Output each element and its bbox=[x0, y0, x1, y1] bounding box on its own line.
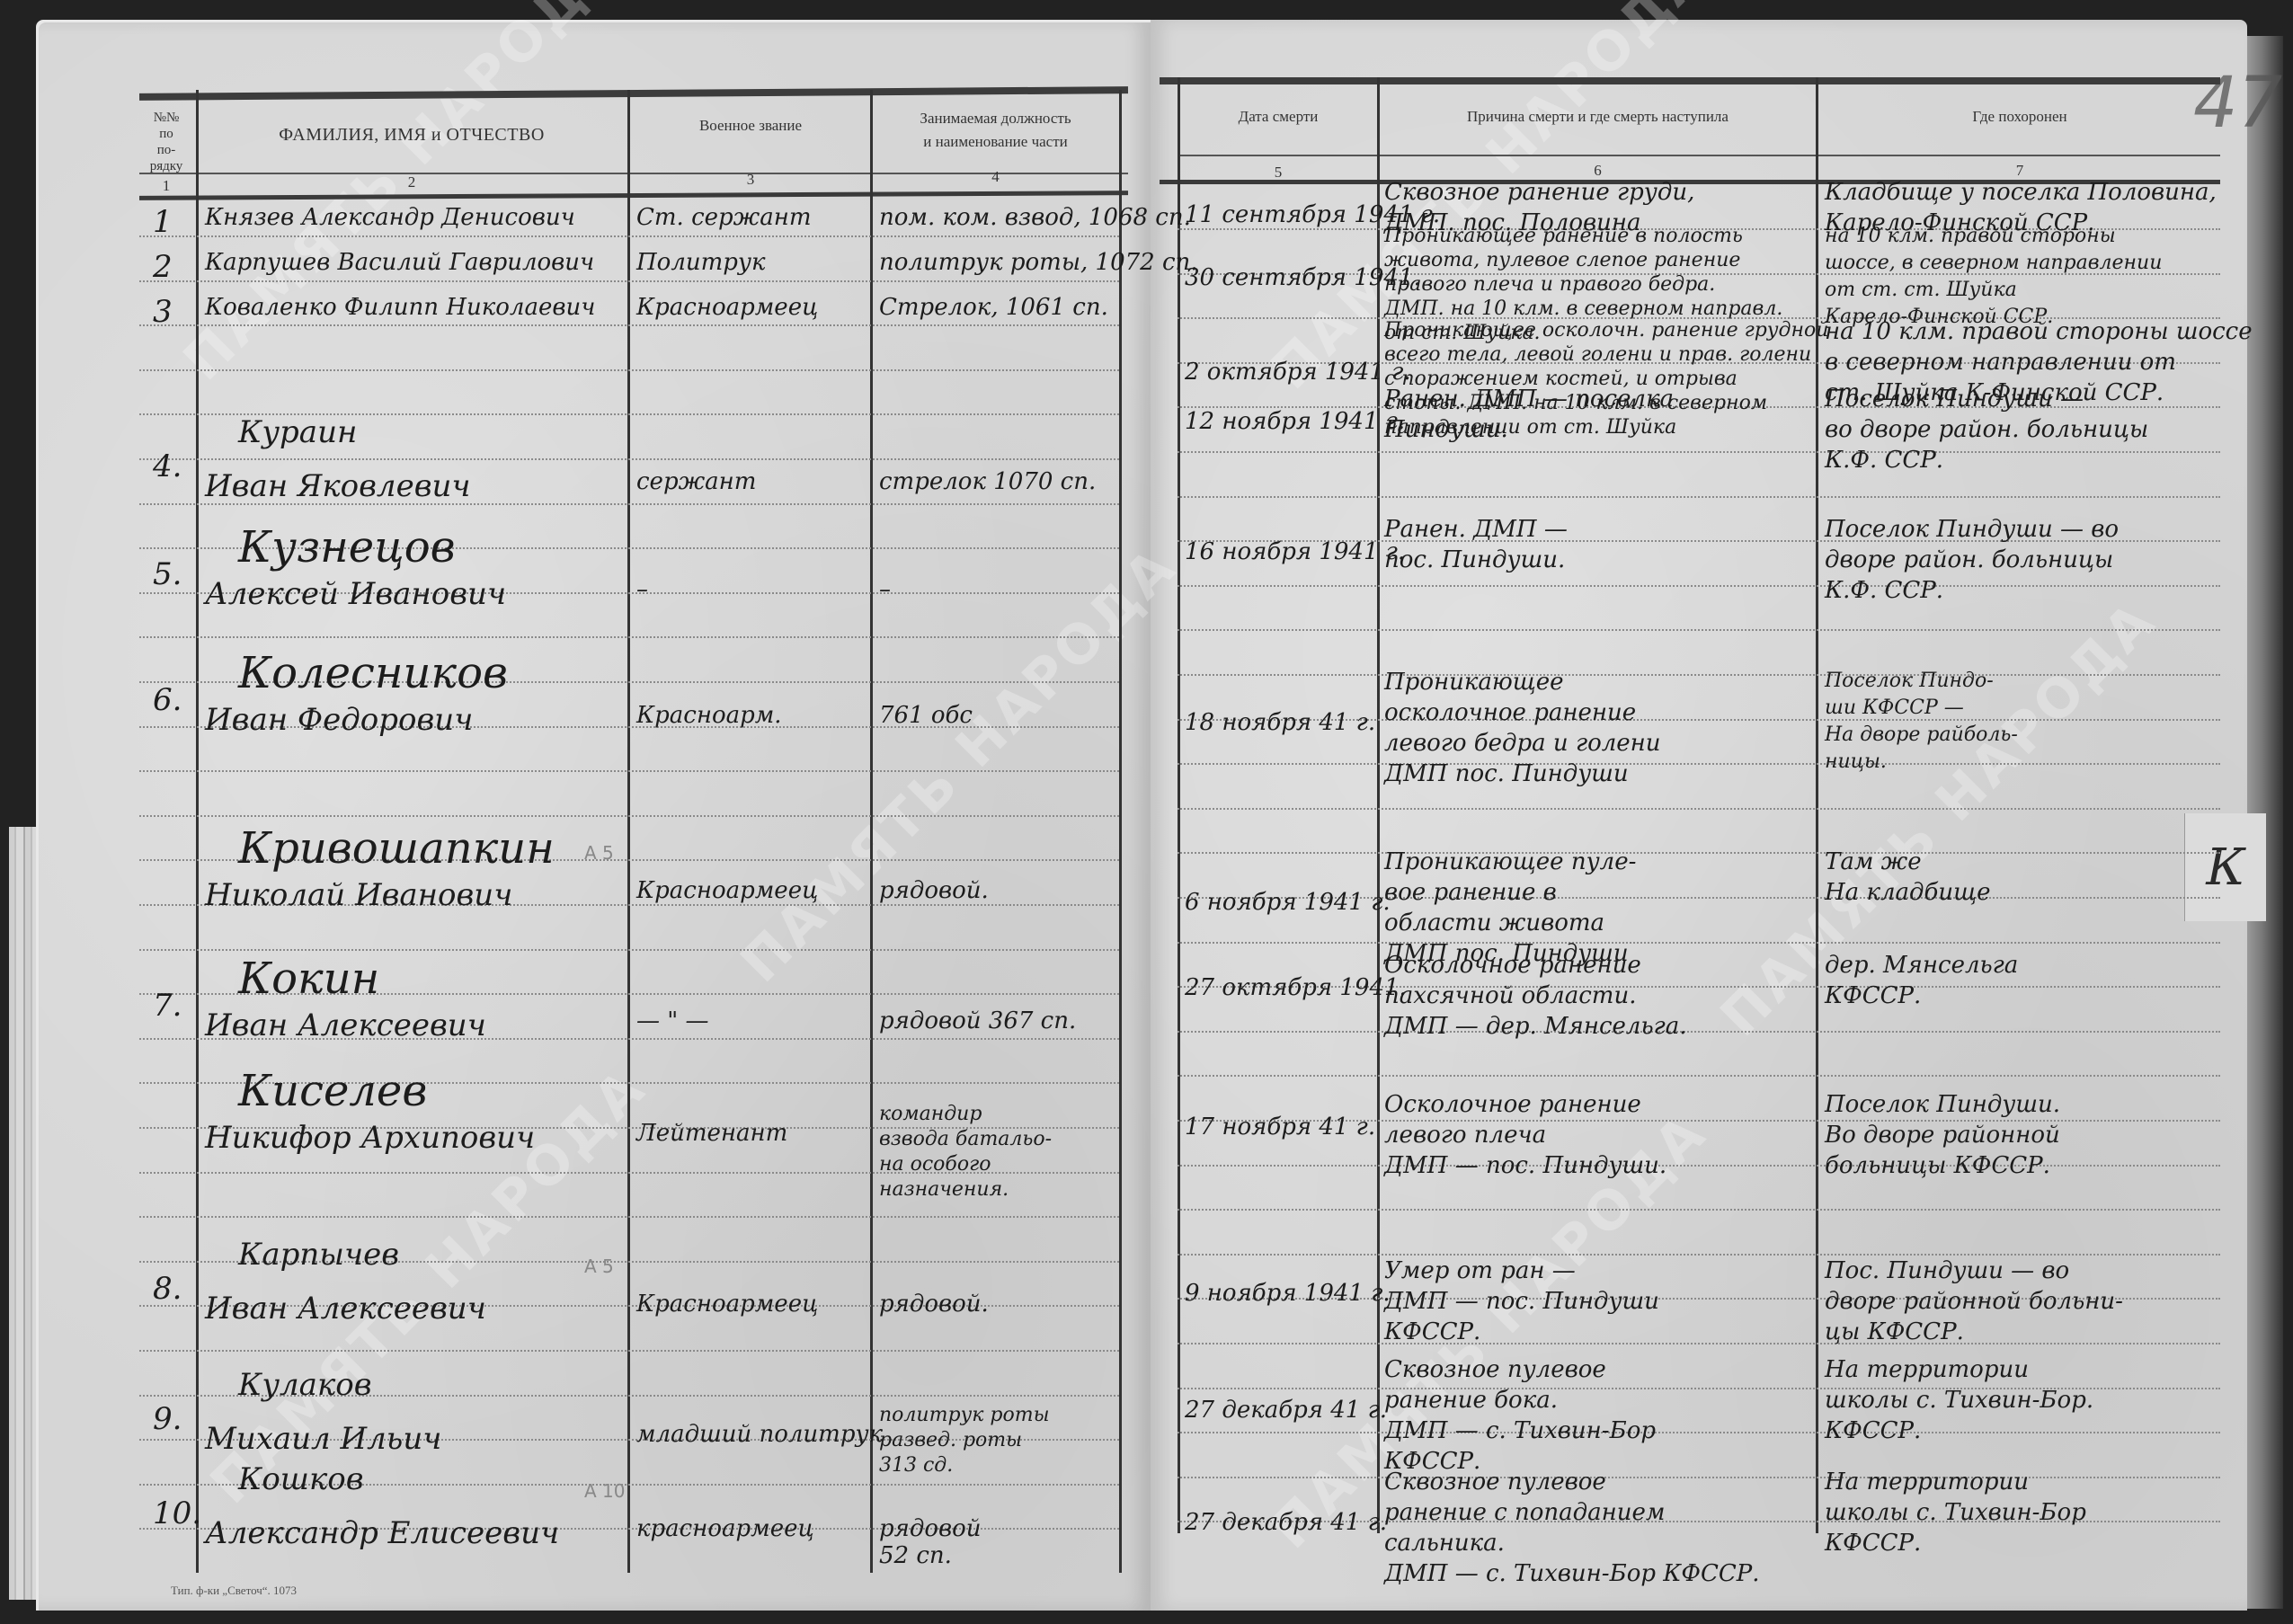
position-unit: 761 обс bbox=[879, 703, 973, 730]
ruled-line bbox=[139, 949, 1119, 951]
column-divider bbox=[1816, 77, 1818, 1533]
burial-place: Поселок Пиндуши — bbox=[1825, 386, 2084, 413]
burial-place: Там же bbox=[1825, 849, 1922, 876]
row-number: 1 bbox=[153, 205, 173, 240]
death-cause-place: Сквозное ранение груди, bbox=[1384, 180, 1694, 207]
ruled-line bbox=[1178, 1432, 2220, 1433]
soldier-name: Князев Александр Денисович bbox=[205, 205, 575, 232]
ruled-line bbox=[1178, 852, 2220, 854]
header-cause: Причина смерти и где смерть наступила bbox=[1380, 81, 1816, 153]
military-rank: сержант bbox=[636, 469, 756, 496]
death-cause-place: Сквозное пулевое bbox=[1384, 1469, 1606, 1496]
column-number: 4 bbox=[872, 168, 1119, 186]
death-cause-place: правого плеча и правого бедра. bbox=[1384, 273, 1715, 296]
ruled-line bbox=[139, 324, 1119, 326]
ruled-line bbox=[1178, 496, 2220, 498]
military-rank: младший политрук bbox=[636, 1422, 883, 1449]
burial-place: На дворе райболь- bbox=[1825, 723, 2018, 746]
ruled-line bbox=[1178, 585, 2220, 587]
ruled-line bbox=[139, 1350, 1119, 1352]
burial-place: Поселок Пиндуши — во bbox=[1825, 517, 2119, 544]
burial-place: ницы. bbox=[1825, 750, 1887, 773]
military-rank: Красноармеец bbox=[636, 295, 818, 322]
soldier-name: Колесников bbox=[238, 649, 508, 698]
soldier-name: Карпычев bbox=[238, 1238, 399, 1273]
burial-place: дер. Мянсельга bbox=[1825, 953, 2018, 980]
burial-place: в северном направлении от bbox=[1825, 350, 2176, 377]
burial-place: школы с. Тихвин-Бор bbox=[1825, 1500, 2086, 1527]
burial-place: КФССР. bbox=[1825, 1418, 1921, 1445]
position-unit: на особого bbox=[879, 1153, 991, 1176]
burial-place: К.Ф. ССР. bbox=[1825, 578, 1943, 605]
death-cause-place: Проникающее осколочн. ранение грудной bbox=[1384, 319, 1828, 342]
column-number: 7 bbox=[1818, 162, 2222, 180]
ruled-line bbox=[139, 770, 1119, 772]
soldier-name: Алексей Иванович bbox=[205, 577, 506, 612]
death-cause-place: ДМП — пос. Пиндуши. bbox=[1384, 1153, 1666, 1180]
soldier-name: Кураин bbox=[238, 415, 357, 450]
soldier-name: Коваленко Филипп Николаевич bbox=[205, 295, 595, 322]
column-number: 6 bbox=[1380, 162, 1816, 180]
burial-place: во дворе район. больницы bbox=[1825, 417, 2148, 444]
soldier-name: Иван Алексеевич bbox=[205, 1291, 486, 1327]
ruled-line bbox=[1178, 1209, 2220, 1211]
soldier-name: Карпушев Василий Гаврилович bbox=[205, 250, 594, 277]
military-rank: Ст. сержант bbox=[636, 205, 812, 232]
burial-place: школы с. Тихвин-Бор. bbox=[1825, 1388, 2093, 1415]
pencil-note: А 5 bbox=[584, 1256, 614, 1277]
header-number: №№ по по- рядку bbox=[139, 99, 193, 184]
header-burial: Где похоронен bbox=[1818, 81, 2222, 153]
position-unit: политрук роты, 1072 сп. bbox=[879, 250, 1198, 277]
burial-place: шоссе, в северном направлении bbox=[1825, 252, 2162, 274]
death-cause-place: ДМП пос. Пиндуши bbox=[1384, 761, 1629, 788]
military-rank: Красноарм. bbox=[636, 703, 782, 730]
death-cause-place: Осколочное ранение bbox=[1384, 953, 1641, 980]
burial-place: На кладбище bbox=[1825, 880, 1991, 907]
soldier-name: Кулаков bbox=[238, 1368, 372, 1403]
death-cause-place: Умер от ран — bbox=[1384, 1258, 1576, 1285]
ruled-line bbox=[1178, 1254, 2220, 1256]
column-number: 5 bbox=[1179, 164, 1377, 182]
column-number: 1 bbox=[139, 177, 193, 195]
ruled-line bbox=[139, 280, 1119, 282]
ruled-line bbox=[1178, 1165, 2220, 1167]
header-line: и наименование части bbox=[923, 130, 1068, 154]
row-number: 3 bbox=[153, 295, 173, 330]
death-cause-place: левого плеча bbox=[1384, 1123, 1546, 1149]
burial-place: цы КФССР. bbox=[1825, 1319, 1964, 1346]
death-cause-place: ДМП — с. Тихвин-Бор КФССР. bbox=[1384, 1561, 1760, 1588]
position-unit: командир bbox=[879, 1103, 982, 1125]
ruled-line bbox=[1178, 1031, 2220, 1033]
header-position: Занимаемая должность и наименование част… bbox=[872, 90, 1119, 171]
row-number: 2 bbox=[153, 250, 173, 285]
military-rank: Политрук bbox=[636, 250, 766, 277]
military-rank: – bbox=[636, 577, 648, 604]
ruled-line bbox=[1178, 808, 2220, 810]
ruled-line bbox=[139, 1216, 1119, 1218]
row-number: 9. bbox=[153, 1402, 182, 1437]
ruled-line bbox=[1178, 942, 2220, 944]
death-cause-place: области живота bbox=[1384, 910, 1604, 937]
death-cause-place: Ранен. ДМП — bbox=[1384, 517, 1568, 544]
burial-place: КФССР. bbox=[1825, 983, 1921, 1010]
burial-place: Поселок Пиндо- bbox=[1825, 670, 1994, 692]
soldier-name: Иван Алексеевич bbox=[205, 1008, 486, 1043]
death-cause-place: ранение бока. bbox=[1384, 1388, 1558, 1415]
death-cause-place: Проникающее bbox=[1384, 670, 1564, 697]
position-unit: рядовой 367 сп. bbox=[879, 1008, 1076, 1035]
death-date: 9 ноября 1941 г. bbox=[1185, 1281, 1391, 1308]
death-cause-place: осколочное ранение bbox=[1384, 700, 1636, 727]
soldier-name: Кузнецов bbox=[238, 523, 456, 572]
death-date: 12 ноября 1941 г. bbox=[1185, 409, 1405, 436]
ruled-line bbox=[1178, 1075, 2220, 1077]
death-cause-place: ранение с попаданием bbox=[1384, 1500, 1665, 1527]
header-line: по- bbox=[157, 142, 176, 158]
soldier-name: Никифор Архипович bbox=[205, 1121, 535, 1156]
ruled-line bbox=[1178, 629, 2220, 631]
death-cause-place: живота, пулевое слепое ранение bbox=[1384, 249, 1740, 271]
death-cause-place: ДМП — пос. Пиндуши bbox=[1384, 1289, 1659, 1316]
burial-place: дворе район. больницы bbox=[1825, 547, 2113, 574]
soldier-name: Киселев bbox=[238, 1067, 427, 1116]
position-unit: политрук роты bbox=[879, 1404, 1050, 1426]
soldier-name: Николай Иванович bbox=[205, 878, 512, 913]
ruled-line bbox=[139, 369, 1119, 371]
burial-place: КФССР. bbox=[1825, 1531, 1921, 1557]
soldier-name: Александр Елисеевич bbox=[205, 1516, 559, 1551]
burial-place: Пос. Пиндуши — во bbox=[1825, 1258, 2069, 1285]
burial-place: Поселок Пиндуши. bbox=[1825, 1092, 2060, 1119]
position-unit: рядовой. bbox=[879, 878, 989, 905]
death-cause-place: сальника. bbox=[1384, 1531, 1505, 1557]
death-cause-place: Сквозное пулевое bbox=[1384, 1357, 1606, 1384]
soldier-name: Кривошапкин bbox=[238, 824, 555, 874]
printer-imprint: Тип. ф-ки „Светоч“. 1073 bbox=[171, 1584, 297, 1598]
soldier-name: Иван Яковлевич bbox=[205, 469, 471, 504]
military-rank: Лейтенант bbox=[636, 1121, 787, 1148]
row-number: 7. bbox=[153, 989, 182, 1024]
burial-place: на 10 клм. правой стороны шоссе bbox=[1825, 319, 2253, 346]
burial-place: ши КФССР — bbox=[1825, 697, 1964, 719]
burial-place: Во дворе районной bbox=[1825, 1123, 2060, 1149]
burial-place: Кладбище у поселка Половина, bbox=[1825, 180, 2217, 207]
column-divider bbox=[1178, 77, 1180, 1533]
death-cause-place: левого бедра и голени bbox=[1384, 731, 1661, 758]
death-cause-place: пахсячной области. bbox=[1384, 983, 1636, 1010]
death-cause-place: Проникающее пуле- bbox=[1384, 849, 1636, 876]
death-date: 27 октября 1941. bbox=[1185, 975, 1407, 1002]
column-divider bbox=[1119, 90, 1122, 1573]
burial-place: от ст. ст. Шуйка bbox=[1825, 279, 2017, 301]
position-unit: взвода батальо- bbox=[879, 1128, 1052, 1150]
position-unit: назначения. bbox=[879, 1178, 1009, 1201]
position-unit: 313 сд. bbox=[879, 1454, 953, 1477]
ruled-line bbox=[1178, 451, 2220, 453]
ruled-line bbox=[139, 636, 1119, 638]
death-cause-place: ДМП — дер. Мянсельга. bbox=[1384, 1014, 1687, 1041]
ruled-line bbox=[1178, 1343, 2220, 1344]
death-cause-place: вое ранение в bbox=[1384, 880, 1557, 907]
row-number: 5. bbox=[153, 557, 182, 592]
death-date: 6 ноября 1941 г. bbox=[1185, 890, 1391, 917]
row-number: 8. bbox=[153, 1272, 182, 1307]
row-number: 10. bbox=[153, 1496, 201, 1531]
death-cause-place: ДМП — с. Тихвин-Бор bbox=[1384, 1418, 1656, 1445]
pencil-note: А 5 bbox=[584, 842, 614, 864]
position-unit: развед. роты bbox=[879, 1429, 1022, 1451]
ruled-line bbox=[1178, 1477, 2220, 1478]
ruled-line bbox=[139, 815, 1119, 817]
death-cause-place: ДМП. на 10 клм. в северном направл. bbox=[1384, 297, 1782, 320]
burial-place: больницы КФССР. bbox=[1825, 1153, 2050, 1180]
military-rank: красноармеец bbox=[636, 1516, 814, 1543]
position-unit: стрелок 1070 сп. bbox=[879, 469, 1096, 496]
column-number: 2 bbox=[196, 173, 627, 191]
military-rank: — " — bbox=[636, 1008, 709, 1035]
header-line: Занимаемая должность bbox=[920, 107, 1071, 130]
header-name: ФАМИЛИЯ, ИМЯ и ОТЧЕСТВО bbox=[196, 99, 627, 171]
soldier-name: Михаил Ильич bbox=[205, 1422, 441, 1457]
ruled-line bbox=[1178, 674, 2220, 676]
burial-place: На территории bbox=[1825, 1357, 2029, 1384]
death-date: 18 ноября 41 г. bbox=[1185, 710, 1375, 737]
death-cause-place: Проникающее ранение в полость bbox=[1384, 225, 1743, 247]
ruled-line bbox=[1178, 763, 2220, 765]
ruled-line bbox=[139, 458, 1119, 460]
death-cause-place: КФССР. bbox=[1384, 1319, 1480, 1346]
index-tab[interactable]: К bbox=[2184, 813, 2266, 921]
position-unit: Стрелок, 1061 сп. bbox=[879, 295, 1108, 322]
death-cause-place: всего тела, левой голени и прав. голени bbox=[1384, 343, 1811, 366]
death-cause-place: Осколочное ранение bbox=[1384, 1092, 1641, 1119]
position-unit: рядовой. bbox=[879, 1291, 989, 1318]
column-number: 3 bbox=[629, 171, 872, 189]
header-rank: Военное звание bbox=[629, 90, 872, 162]
pencil-note: А 10 bbox=[584, 1480, 626, 1502]
military-rank: Красноармеец bbox=[636, 1291, 818, 1318]
death-cause-place: пос. Пиндуши. bbox=[1384, 547, 1565, 574]
death-date: 27 декабря 41 г. bbox=[1185, 1510, 1387, 1537]
death-date: 27 декабря 41 г. bbox=[1185, 1398, 1387, 1424]
position-unit: пом. ком. взвод, 1068 сп. bbox=[879, 205, 1191, 232]
death-date: 16 ноября 1941 г. bbox=[1185, 539, 1405, 566]
header-line: рядку bbox=[150, 158, 183, 174]
burial-place: дворе районной больни- bbox=[1825, 1289, 2123, 1316]
position-unit: рядовой bbox=[879, 1516, 982, 1543]
header-death-date: Дата смерти bbox=[1179, 81, 1377, 153]
death-date: 2 октября 1941 г. bbox=[1185, 359, 1411, 386]
burial-place: на 10 клм. правой стороны bbox=[1825, 225, 2116, 247]
column-divider bbox=[1377, 77, 1380, 1533]
row-number: 6. bbox=[153, 683, 182, 718]
ruled-line bbox=[1178, 155, 2220, 156]
row-number: 4. bbox=[153, 449, 182, 484]
death-cause-place: Ранен. ДМП — поселка bbox=[1384, 386, 1674, 413]
open-ledger: 47 К ПАМЯТЬ НАРОДА ПАМЯТЬ НАРОДА ПАМЯТЬ … bbox=[0, 0, 2293, 1624]
position-unit: – bbox=[879, 577, 891, 604]
soldier-name: Иван Федорович bbox=[205, 703, 473, 738]
header-line: №№ bbox=[154, 110, 180, 126]
soldier-name: Кошков bbox=[238, 1462, 364, 1497]
military-rank: Красноармеец bbox=[636, 878, 818, 905]
death-date: 17 ноября 41 г. bbox=[1185, 1114, 1375, 1141]
soldier-name: Кокин bbox=[238, 954, 379, 1004]
burial-place: На территории bbox=[1825, 1469, 2029, 1496]
burial-place: К.Ф. ССР. bbox=[1825, 448, 1943, 475]
position-unit: 52 сп. bbox=[879, 1543, 952, 1570]
death-cause-place: Пиндуши. bbox=[1384, 417, 1508, 444]
header-line: по bbox=[159, 126, 173, 142]
ruled-line bbox=[139, 235, 1119, 237]
